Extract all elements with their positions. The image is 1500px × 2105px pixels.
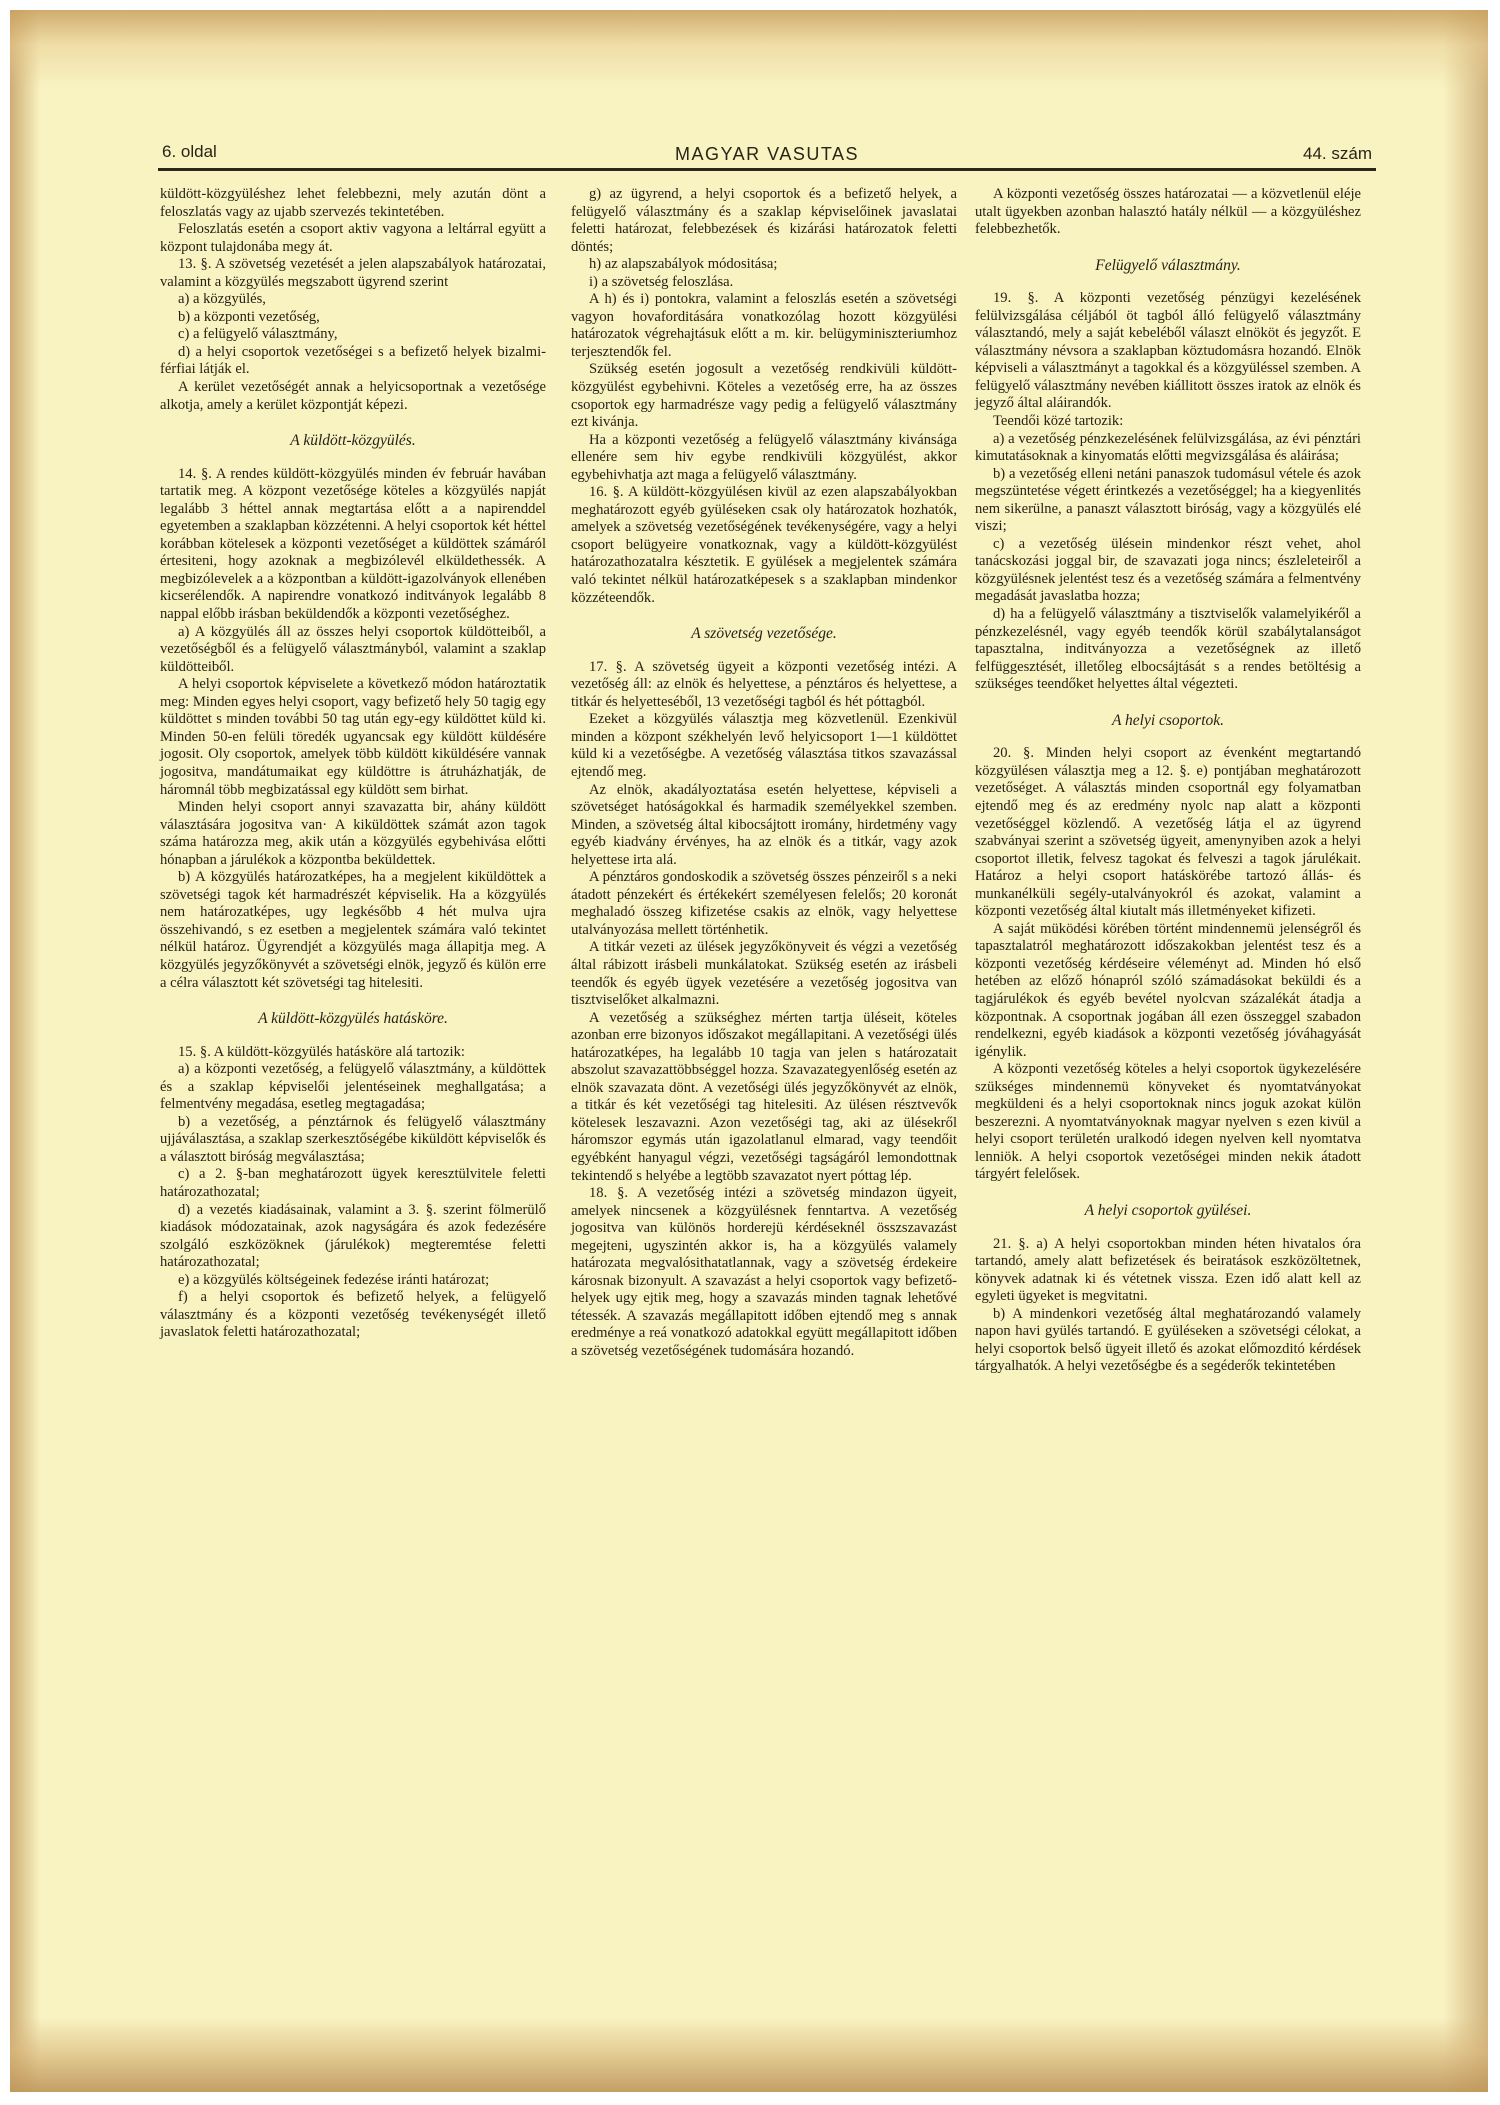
- paragraph: a) a közgyülés,: [160, 291, 546, 309]
- paragraph: a) a vezetőség pénzkezelésének felülvizs…: [975, 431, 1361, 466]
- paragraph: a) a központi vezetőség, a felügyelő vál…: [160, 1061, 546, 1114]
- paragraph: 17. §. A szövetség ügyeit a központi vez…: [571, 659, 957, 712]
- paragraph: A helyi csoportok képviselete a következ…: [160, 676, 546, 799]
- paragraph: Az elnök, akadályoztatása esetén helyett…: [571, 782, 957, 870]
- paragraph: b) A mindenkori vezetőség által meghatár…: [975, 1306, 1361, 1376]
- paragraph: d) ha a felügyelő választmány a tisztvis…: [975, 606, 1361, 694]
- paragraph: Feloszlatás esetén a csoport aktiv vagyo…: [160, 221, 546, 256]
- section-heading: A helyi csoportok gyülései.: [975, 1202, 1361, 1220]
- section-heading: A szövetség vezetősége.: [571, 625, 957, 643]
- paragraph: A saját müködési körében történt mindenn…: [975, 921, 1361, 1061]
- paragraph: g) az ügyrend, a helyi csoportok és a be…: [571, 186, 957, 256]
- page-header: 6. oldal MAGYAR VASUTAS 44. szám: [158, 138, 1376, 168]
- paragraph: i) a szövetség feloszlása.: [571, 274, 957, 292]
- paragraph: A titkár vezeti az ülések jegyzőkönyveit…: [571, 939, 957, 1009]
- paragraph: b) A közgyülés határozatképes, ha a megj…: [160, 869, 546, 992]
- section-heading: A küldött-közgyülés hatásköre.: [160, 1010, 546, 1028]
- paragraph: d) a helyi csoportok vezetőségei s a bef…: [160, 344, 546, 379]
- paragraph: küldött-közgyüléshez lehet felebbezni, m…: [160, 186, 546, 221]
- paragraph: b) a vezetőség, a pénztárnok és felügyel…: [160, 1114, 546, 1167]
- paragraph: 15. §. A küldött-közgyülés hatásköre alá…: [160, 1044, 546, 1062]
- paragraph: A központi vezetőség összes határozatai …: [975, 186, 1361, 239]
- paragraph: 16. §. A küldött-közgyülésen kivül az ez…: [571, 484, 957, 607]
- masthead-title: MAGYAR VASUTAS: [158, 144, 1376, 165]
- paragraph: A pénztáros gondoskodik a szövetség össz…: [571, 869, 957, 939]
- paragraph: 14. §. A rendes küldött-közgyülés minden…: [160, 466, 546, 624]
- paragraph: Ezeket a közgyülés választja meg közvetl…: [571, 711, 957, 781]
- paragraph: 21. §. a) A helyi csoportokban minden hé…: [975, 1236, 1361, 1306]
- paragraph: A központi vezetőség köteles a helyi cso…: [975, 1061, 1361, 1184]
- paragraph: Szükség esetén jogosult a vezetőség rend…: [571, 361, 957, 431]
- paragraph: Ha a központi vezetőség a felügyelő vála…: [571, 432, 957, 485]
- paragraph: 13. §. A szövetség vezetését a jelen ala…: [160, 256, 546, 291]
- paragraph: A vezetőség a szükséghez mérten tartja ü…: [571, 1010, 957, 1185]
- paragraph: f) a helyi csoportok és befizető helyek,…: [160, 1289, 546, 1342]
- section-heading: A küldött-közgyülés.: [160, 432, 546, 450]
- paragraph: h) az alapszabályok módositása;: [571, 256, 957, 274]
- paragraph: b) a központi vezetőség,: [160, 309, 546, 327]
- text-column-3: A központi vezetőség összes határozatai …: [975, 186, 1361, 1376]
- paragraph: Minden helyi csoport annyi szavazatta bi…: [160, 799, 546, 869]
- section-heading: Felügyelő választmány.: [975, 257, 1361, 275]
- paragraph: 20. §. Minden helyi csoport az évenként …: [975, 745, 1361, 920]
- text-column-1: küldött-közgyüléshez lehet felebbezni, m…: [160, 186, 546, 1342]
- paragraph: a) A közgyülés áll az összes helyi csopo…: [160, 624, 546, 677]
- paragraph: c) a 2. §-ban meghatározott ügyek keresz…: [160, 1166, 546, 1201]
- paragraph: c) a felügyelő választmány,: [160, 326, 546, 344]
- header-rule: [158, 168, 1376, 171]
- paragraph: A kerület vezetőségét annak a helyicsopo…: [160, 379, 546, 414]
- paragraph: 19. §. A központi vezetőség pénzügyi kez…: [975, 290, 1361, 413]
- paragraph: 18. §. A vezetőség intézi a szövetség mi…: [571, 1185, 957, 1360]
- paragraph: d) a vezetés kiadásainak, valamint a 3. …: [160, 1202, 546, 1272]
- section-heading: A helyi csoportok.: [975, 712, 1361, 730]
- paragraph: c) a vezetőség ülésein mindenkor részt v…: [975, 536, 1361, 606]
- paragraph: A h) és i) pontokra, valamint a feloszlá…: [571, 291, 957, 361]
- text-column-2: g) az ügyrend, a helyi csoportok és a be…: [571, 186, 957, 1361]
- paragraph: e) a közgyülés költségeinek fedezése irá…: [160, 1272, 546, 1290]
- paragraph: Teendői közé tartozik:: [975, 413, 1361, 431]
- issue-number: 44. szám: [1303, 144, 1372, 164]
- paragraph: b) a vezetőség elleni netáni panaszok tu…: [975, 466, 1361, 536]
